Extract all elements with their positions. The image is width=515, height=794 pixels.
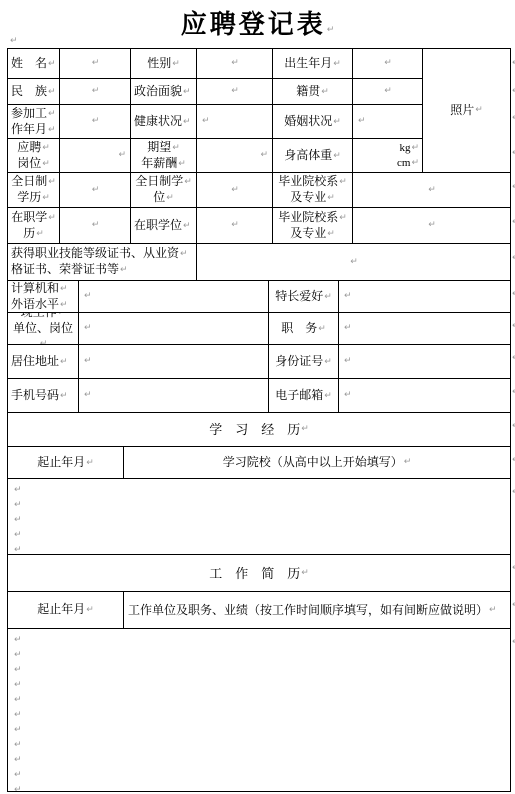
paragraph-mark-icon: ↵: [172, 59, 180, 69]
paragraph-mark-icon: ↵: [183, 117, 191, 127]
field-job-title[interactable]: ↵: [339, 313, 510, 345]
page-title: 应聘登记表↵: [0, 4, 515, 41]
paragraph-mark-icon: ↵: [321, 87, 329, 97]
paragraph-mark-icon: ↵: [120, 265, 128, 275]
paragraph-mark-icon: ↵: [344, 354, 352, 369]
paragraph-mark-icon: ↵: [327, 193, 335, 203]
paragraph-mark-icon: ↵: [48, 213, 56, 223]
study-history-entry-area[interactable]: ↵↵↵↵↵: [8, 479, 510, 555]
paragraph-mark-icon: ↵: [166, 193, 174, 203]
paragraph-mark-icon: ↵: [10, 36, 18, 46]
paragraph-mark-icon: ↵: [344, 289, 352, 304]
paragraph-mark-icon: ↵: [411, 143, 419, 153]
paragraph-mark-icon: ↵: [84, 321, 92, 336]
paragraph-mark-icon: ↵: [475, 103, 483, 118]
paragraph-mark-icon: ↵: [48, 87, 56, 97]
paragraph-mark-icon: ↵: [60, 357, 68, 367]
paragraph-mark-icon: ↵: [14, 515, 22, 525]
paragraph-mark-icon: ↵: [48, 125, 56, 135]
section-header-text: 工 作 简 历: [209, 566, 300, 581]
paragraph-mark-icon: ↵: [428, 218, 436, 233]
paragraph-mark-icon: ↵: [92, 56, 100, 71]
paragraph-mark-icon: ↵: [48, 177, 56, 187]
paragraph-mark-icon: ↵: [183, 221, 191, 231]
page-title-text: 应聘登记表: [181, 10, 326, 39]
label-work-start-date: 参加工↵作年月↵: [8, 105, 60, 139]
paragraph-mark-icon: ↵: [324, 357, 332, 367]
paragraph-mark-icon: ↵: [339, 177, 347, 187]
label-onjob-degree: 在职学位↵: [131, 208, 197, 244]
paragraph-mark-icon: ↵: [339, 213, 347, 223]
field-work-start-date[interactable]: ↵: [60, 105, 131, 139]
paragraph-mark-icon: ↵: [350, 255, 358, 270]
section-header-text: 学 习 经 历: [209, 422, 300, 437]
application-form-table: 姓 名↵ ↵ 性别↵ ↵ 出生年月↵ ↵ 照片↵ 民 族↵ ↵ 政治面貌↵ ↵ …: [7, 48, 511, 792]
label-health: 健康状况↵: [131, 105, 197, 139]
paragraph-mark-icon: ↵: [428, 183, 436, 198]
photo-label: 照片: [450, 103, 474, 118]
paragraph-mark-icon: ↵: [14, 665, 22, 675]
paragraph-mark-icon: ↵: [333, 59, 341, 69]
label-political-status: 政治面貌↵: [131, 79, 197, 105]
paragraph-mark-icon: ↵: [60, 391, 68, 401]
label-fulltime-education: 全日制↵学历↵: [8, 173, 60, 208]
paragraph-mark-icon: ↵: [58, 313, 66, 318]
label-height-weight: 身高体重↵: [273, 139, 353, 173]
paragraph-mark-icon: ↵: [231, 183, 239, 198]
label-current-employer: 现工作↵单位、岗位↵: [8, 313, 79, 345]
paragraph-mark-icon: ↵: [86, 458, 94, 468]
paragraph-mark-icon: ↵: [183, 87, 191, 97]
label-fulltime-degree: 全日制学↵位↵: [131, 173, 197, 208]
label-birth-date: 出生年月↵: [273, 49, 353, 79]
paragraph-mark-icon: ↵: [333, 117, 341, 127]
paragraph-mark-icon: ↵: [86, 605, 94, 615]
label-applied-position: 应聘↵岗位↵: [8, 139, 60, 173]
label-expected-salary: 期望↵年薪酬↵: [131, 139, 197, 173]
paragraph-mark-icon: ↵: [60, 300, 68, 310]
label-marital-status: 婚姻状况↵: [273, 105, 353, 139]
paragraph-mark-icon: ↵: [60, 284, 68, 294]
label-native-place: 籍贯↵: [273, 79, 353, 105]
column-header-text: 工作单位及职务、业绩（按工作时间顺序填写，如有间断应做说明）: [128, 603, 488, 618]
column-header-text: 学习院校（从高中以上开始填写）: [223, 455, 403, 470]
paragraph-mark-icon: ↵: [14, 740, 22, 750]
paragraph-mark-icon: ↵: [231, 56, 239, 71]
field-fulltime-education[interactable]: ↵: [60, 173, 131, 208]
field-fulltime-degree[interactable]: ↵: [197, 173, 273, 208]
field-id-number[interactable]: ↵: [339, 345, 510, 379]
paragraph-mark-icon: ↵: [92, 183, 100, 198]
paragraph-mark-icon: ↵: [42, 159, 50, 169]
paragraph-mark-icon: ↵: [92, 218, 100, 233]
column-header-work-period: 起止年月↵: [8, 592, 124, 629]
paragraph-mark-icon: ↵: [180, 249, 188, 259]
paragraph-mark-icon: ↵: [84, 289, 92, 304]
field-name[interactable]: ↵: [60, 49, 131, 79]
paragraph-mark-icon: ↵: [411, 158, 419, 168]
paragraph-mark-icon: ↵: [118, 148, 126, 163]
paragraph-mark-icon: ↵: [202, 114, 210, 129]
label-name: 姓 名↵: [8, 49, 60, 79]
column-header-work-detail: 工作单位及职务、业绩（按工作时间顺序填写，如有间断应做说明）↵: [124, 592, 510, 629]
label-id-number: 身份证号↵: [269, 345, 339, 379]
paragraph-mark-icon: ↵: [318, 324, 326, 334]
field-mobile[interactable]: ↵: [79, 379, 269, 413]
section-header-work-history: 工 作 简 历↵: [8, 555, 510, 592]
field-expected-salary[interactable]: ↵: [197, 139, 273, 173]
field-gender[interactable]: ↵: [197, 49, 273, 79]
field-marital-status[interactable]: ↵: [353, 105, 423, 139]
paragraph-mark-icon: ↵: [14, 755, 22, 765]
paragraph-mark-icon: ↵: [358, 114, 366, 129]
paragraph-mark-icon: ↵: [231, 84, 239, 99]
paragraph-mark-icon: ↵: [260, 148, 268, 163]
field-ethnicity[interactable]: ↵: [60, 79, 131, 105]
paragraph-mark-icon: ↵: [324, 292, 332, 302]
field-applied-position[interactable]: ↵: [60, 139, 131, 173]
paragraph-mark-icon: ↵: [489, 603, 497, 618]
section-header-study-history: 学 习 经 历↵: [8, 413, 510, 447]
label-ethnicity: 民 族↵: [8, 79, 60, 105]
paragraph-mark-icon: ↵: [14, 710, 22, 720]
paragraph-mark-icon: ↵: [384, 56, 392, 71]
paragraph-mark-icon: ↵: [14, 530, 22, 540]
paragraph-mark-icon: ↵: [48, 59, 56, 69]
field-onjob-degree[interactable]: ↵: [197, 208, 273, 244]
field-current-employer[interactable]: ↵: [79, 313, 269, 345]
column-header-study-school: 学习院校（从高中以上开始填写）↵: [124, 447, 510, 479]
field-computer-language[interactable]: ↵: [79, 281, 269, 313]
photo-box[interactable]: 照片↵: [423, 49, 510, 173]
field-graduate-school-1[interactable]: ↵: [353, 173, 510, 208]
paragraph-mark-icon: ↵: [301, 422, 309, 437]
paragraph-mark-icon: ↵: [172, 143, 180, 153]
paragraph-mark-icon: ↵: [48, 109, 56, 119]
field-health[interactable]: ↵: [197, 105, 273, 139]
label-address: 居住地址↵: [8, 345, 79, 379]
field-certificates[interactable]: ↵: [197, 244, 510, 281]
paragraph-mark-icon: ↵: [327, 229, 335, 239]
paragraph-mark-icon: ↵: [231, 218, 239, 233]
label-gender: 性别↵: [131, 49, 197, 79]
paragraph-mark-icon: ↵: [14, 785, 22, 791]
paragraph-mark-icon: ↵: [333, 151, 341, 161]
paragraph-mark-icon: ↵: [92, 114, 100, 129]
label-email: 电子邮箱↵: [269, 379, 339, 413]
paragraph-mark-icon: ↵: [14, 485, 22, 495]
paragraph-mark-icon: ↵: [327, 25, 335, 35]
paragraph-mark-icon: ↵: [14, 500, 22, 510]
paragraph-mark-icon: ↵: [344, 321, 352, 336]
paragraph-mark-icon: ↵: [92, 84, 100, 99]
label-certificates: 获得职业技能等级证书、从业资↵格证书、荣誉证书等↵: [8, 244, 197, 281]
label-onjob-education: 在职学↵历↵: [8, 208, 60, 244]
paragraph-mark-icon: ↵: [84, 388, 92, 403]
paragraph-mark-icon: ↵: [36, 229, 44, 239]
paragraph-mark-icon: ↵: [14, 545, 22, 555]
field-height-weight-units[interactable]: kg↵cm↵: [353, 139, 423, 173]
paragraph-mark-icon: ↵: [384, 84, 392, 99]
field-onjob-education[interactable]: ↵: [60, 208, 131, 244]
paragraph-mark-icon: ↵: [404, 455, 412, 470]
paragraph-mark-icon: ↵: [184, 177, 192, 187]
field-political-status[interactable]: ↵: [197, 79, 273, 105]
paragraph-mark-icon: ↵: [14, 725, 22, 735]
paragraph-mark-icon: ↵: [14, 680, 22, 690]
paragraph-mark-icon: ↵: [84, 354, 92, 369]
label-graduate-school-1: 毕业院校系↵及专业↵: [273, 173, 353, 208]
paragraph-mark-icon: ↵: [324, 391, 332, 401]
field-graduate-school-2[interactable]: ↵: [353, 208, 510, 244]
column-header-study-period: 起止年月↵: [8, 447, 124, 479]
paragraph-mark-icon: ↵: [14, 695, 22, 705]
application-form-page: 应聘登记表↵ ↵ 姓 名↵ ↵ 性别↵ ↵ 出生年月↵ ↵ 照片↵ 民 族↵ ↵…: [0, 0, 515, 794]
paragraph-mark-icon: ↵: [42, 143, 50, 153]
label-mobile: 手机号码↵: [8, 379, 79, 413]
field-address[interactable]: ↵: [79, 345, 269, 379]
paragraph-mark-icon: ↵: [14, 770, 22, 780]
paragraph-mark-icon: ↵: [14, 650, 22, 660]
field-email[interactable]: ↵: [339, 379, 510, 413]
paragraph-mark-icon: ↵: [178, 159, 186, 169]
paragraph-mark-icon: ↵: [301, 566, 309, 581]
paragraph-mark-icon: ↵: [42, 193, 50, 203]
field-birth-date[interactable]: ↵: [353, 49, 423, 79]
label-graduate-school-2: 毕业院校系↵及专业↵: [273, 208, 353, 244]
field-hobbies[interactable]: ↵: [339, 281, 510, 313]
field-native-place[interactable]: ↵: [353, 79, 423, 105]
paragraph-mark-icon: ↵: [344, 388, 352, 403]
work-history-entry-area[interactable]: ↵↵↵↵↵↵↵↵↵↵↵: [8, 629, 510, 791]
label-computer-language: 计算机和↵外语水平↵: [8, 281, 79, 313]
paragraph-mark-icon: ↵: [14, 635, 22, 645]
label-job-title: 职 务↵: [269, 313, 339, 345]
label-hobbies: 特长爱好↵: [269, 281, 339, 313]
